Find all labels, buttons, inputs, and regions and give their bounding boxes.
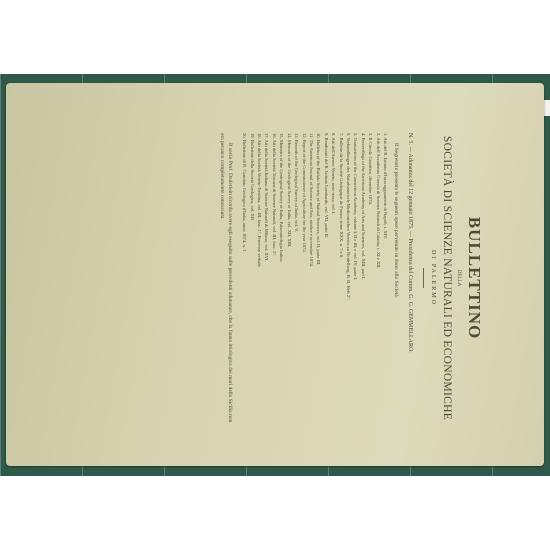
session-line: N. 5. — Adunanza del 12 gennaio 1875. — … — [407, 133, 413, 423]
list-item: 4. Proceedings of the American Academy o… — [359, 133, 366, 423]
list-item: 14. Memoirs of the Geological Survey of … — [285, 133, 292, 423]
list-item: 8. Atti dell'Ateneo Veneto, serie terza,… — [330, 133, 337, 423]
rotated-page-content: BULLETTINO DELLA SOCIETÀ DI SCIENZE NATU… — [6, 83, 544, 466]
list-item: 6. Verhandlungen des Naturhistorisch-Med… — [345, 133, 352, 423]
closing-paragraph: Il socio Prof. Doderlein ricorda avere e… — [218, 133, 233, 423]
list-item: 9. Rendiconti del R. Istituto Lombardo, … — [322, 133, 329, 423]
list-item: 13. Records of the Geological Survey of … — [293, 133, 300, 423]
list-item: 1. Atti del R. Istituto d'Incoraggiament… — [382, 133, 389, 423]
list-item: 5. Transactions of the Connecticut Acade… — [352, 133, 359, 423]
list-item: 3. Il Circolo Giuridico, dicembre 1874. — [367, 133, 374, 423]
list-item: 7. Bulletin de la Société Géologique de … — [337, 133, 344, 423]
list-item: 10. Bulletin of the Buffalo Society of N… — [315, 133, 322, 423]
list-item: 11. The American Journal of Science and … — [308, 133, 315, 423]
divider — [423, 268, 424, 288]
list-item: 16. Atti della Società Toscana di Scienz… — [271, 133, 278, 423]
paper-tag — [544, 100, 550, 116]
society-name: SOCIETÀ DI SCIENZE NATURALI ED ECONOMICH… — [441, 133, 453, 423]
list-item: 17. Atti della Società Italiana di Scien… — [263, 133, 270, 423]
document-page: BULLETTINO DELLA SOCIETÀ DI SCIENZE NATU… — [6, 83, 544, 466]
city-name: DI PALERMO — [430, 133, 436, 423]
list-item: 20. Bollettino di R. Comitato Geologico … — [241, 133, 248, 423]
donation-list: 1. Atti del R. Istituto d'Incoraggiament… — [241, 133, 389, 423]
bulletin-title: BULLETTINO — [464, 133, 484, 423]
della-label: DELLA — [456, 133, 461, 423]
list-item: 15. Memoirs of the Geological Survey of … — [278, 133, 285, 423]
list-item: 19. Bullettino della Società Geologica, … — [248, 133, 255, 423]
intro-paragraph: Il Segretario presenta le seguenti opere… — [393, 133, 399, 423]
list-item: 12. Report of the Commissioner of Agricu… — [300, 133, 307, 423]
list-item: 18. Atti della Società Veneto-Trentina, … — [256, 133, 263, 423]
list-item: 2. Atti dell'Accademia Gioenia di Scienz… — [374, 133, 381, 423]
